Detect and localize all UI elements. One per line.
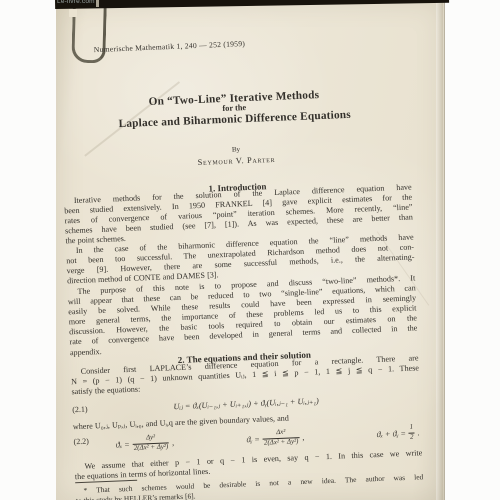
page-content: Numerische Mathematik 1, 240 — 252 (1959…	[46, 0, 454, 500]
fraction: Δy² 2(Δx² + Δy²)	[132, 433, 169, 453]
intro-paragraph-3: The purpose of this note is to propose a…	[67, 273, 418, 358]
fraction-numerator: 1	[410, 424, 414, 433]
equation-2-1-body: Uᵢⱼ = ϑₓ(Uᵢ₋₁,ⱼ + Uᵢ₊₁,ⱼ) + ϑᵧ(Uᵢ,ⱼ₋₁ + …	[173, 396, 319, 411]
equation-2-1-label: (2.1)	[72, 405, 88, 415]
fraction-numerator: Δx²	[276, 429, 286, 438]
fraction-denominator: 2(Δx² + Δy²)	[133, 442, 170, 453]
separator: ,	[302, 433, 304, 442]
watermark-text: Le-livre.com	[57, 0, 95, 5]
term-lhs: ϑₓ =	[116, 440, 130, 450]
journal-header: Numerische Mathematik 1, 240 — 252 (1959…	[94, 39, 246, 54]
book-photo: Le-livre.com Numerische Mathematik 1, 24…	[0, 0, 500, 500]
separator: .	[417, 428, 419, 437]
fraction-numerator: Δy²	[146, 434, 156, 443]
fraction-denominator: 2	[409, 433, 415, 443]
fraction: Δx² 2(Δx² + Δy²)	[262, 428, 299, 448]
equation-2-2-term-3: ϑₓ + ϑᵧ = 1 2 .	[376, 423, 420, 444]
fraction-denominator: 2(Δx² + Δy²)	[263, 437, 300, 448]
term-lhs: ϑₓ + ϑᵧ =	[376, 429, 406, 439]
equation-2-2-term-2: ϑᵧ = Δx² 2(Δx² + Δy²) ,	[246, 428, 305, 449]
equation-2-2-term-1: ϑₓ = Δy² 2(Δx² + Δy²) ,	[115, 433, 174, 454]
separator: ,	[172, 438, 174, 447]
equation-2-2-label: (2.2)	[73, 437, 89, 447]
term-lhs: ϑᵧ =	[246, 435, 260, 445]
fraction: 1 2	[409, 424, 415, 443]
